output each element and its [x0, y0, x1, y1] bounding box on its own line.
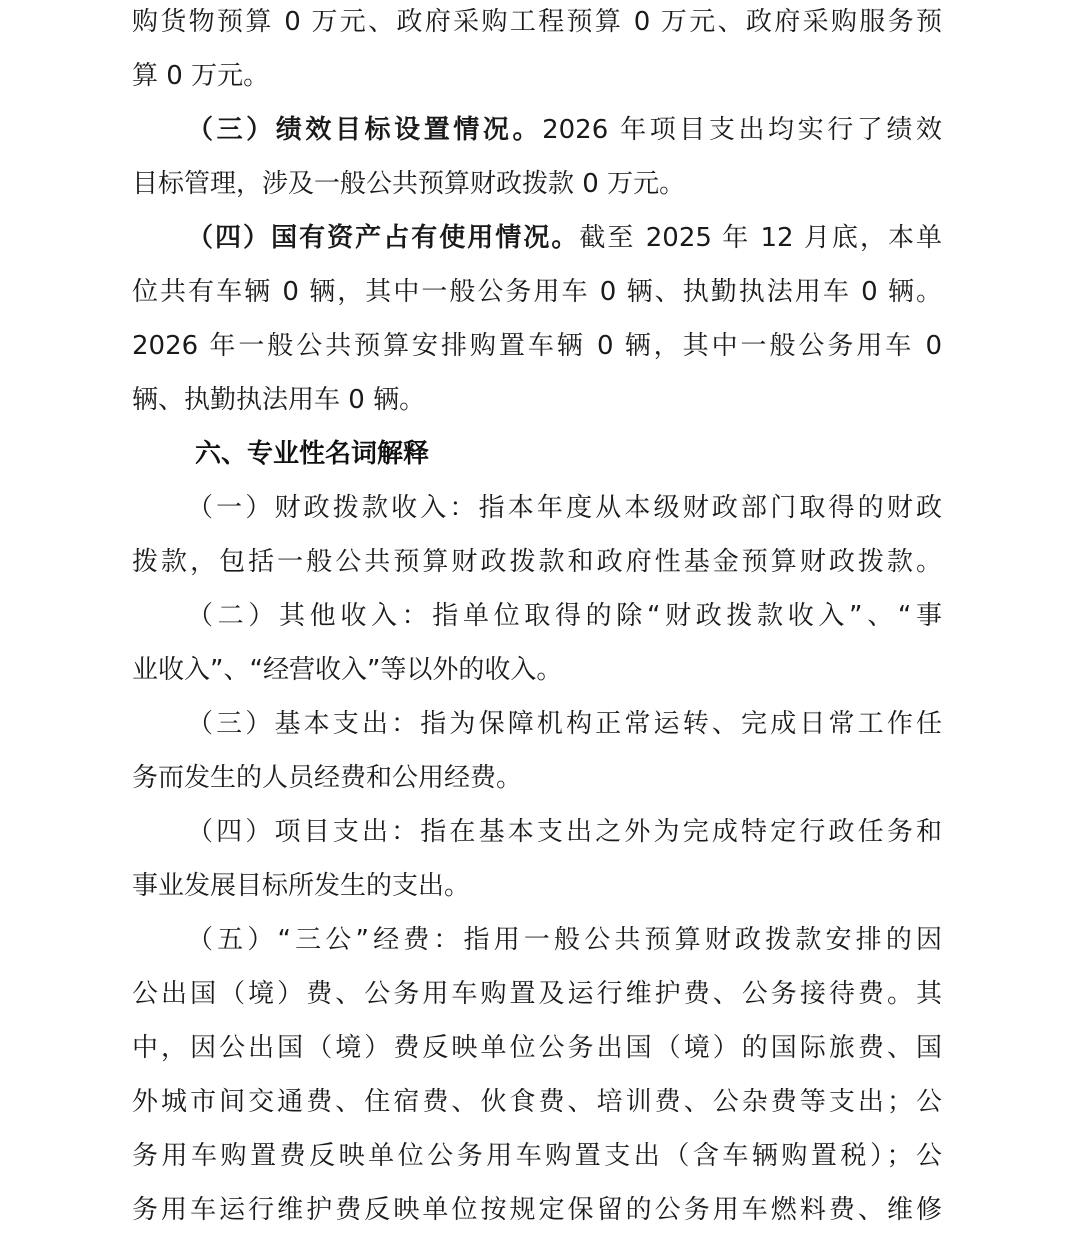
- text-line: 辆、执勤执法用车 0 辆。: [132, 380, 942, 420]
- section-heading-terms: 六、专业性名词解释: [195, 434, 1005, 474]
- term-project-expenditure: （四）项目支出：指在基本支出之外为完成特定行政任务和: [187, 812, 942, 852]
- term-basic-expenditure: （三）基本支出：指为保障机构正常运转、完成日常工作任: [187, 704, 942, 744]
- text-line: 公出国（境）费、公务用车购置及运行维护费、公务接待费。其: [132, 974, 942, 1014]
- text-line: 务用车购置费反映单位公务用车购置支出（含车辆购置税）；公: [132, 1136, 942, 1176]
- text-line: 外城市间交通费、住宿费、伙食费、培训费、公杂费等支出；公: [132, 1082, 942, 1122]
- text-line: 务而发生的人员经费和公用经费。: [132, 758, 942, 798]
- term-other-income: （二）其他收入：指单位取得的除“财政拨款收入”、“事: [187, 596, 942, 636]
- term-fiscal-appropriation: （一）财政拨款收入：指本年度从本级财政部门取得的财政: [187, 488, 942, 528]
- section-state-assets: （四）国有资产占有使用情况。截至 2025 年 12 月底，本单: [187, 218, 942, 258]
- text-line: 目标管理，涉及一般公共预算财政拨款 0 万元。: [132, 164, 942, 204]
- section-text: 2026 年项目支出均实行了绩效: [542, 115, 942, 145]
- text-line: 中，因公出国（境）费反映单位公务出国（境）的国际旅费、国: [132, 1028, 942, 1068]
- text-line: 务用车运行维护费反映单位按规定保留的公务用车燃料费、维修: [132, 1190, 942, 1230]
- text-line: 业收入”、“经营收入”等以外的收入。: [132, 650, 942, 690]
- text-line: 算 0 万元。: [132, 56, 942, 96]
- text-line: 2026 年一般公共预算安排购置车辆 0 辆，其中一般公务用车 0: [132, 326, 942, 366]
- text-line: 位共有车辆 0 辆，其中一般公务用车 0 辆、执勤执法用车 0 辆。: [132, 272, 942, 312]
- section-lead: （四）国有资产占有使用情况。: [187, 223, 579, 253]
- term-three-public-expenses: （五）“三公”经费：指用一般公共预算财政拨款安排的因: [187, 920, 942, 960]
- section-lead: （三）绩效目标设置情况。: [187, 115, 542, 145]
- document-page: 购货物预算 0 万元、政府采购工程预算 0 万元、政府采购服务预 算 0 万元。…: [0, 0, 1074, 1239]
- section-text: 截至 2025 年 12 月底，本单: [579, 223, 942, 253]
- section-performance-goals: （三）绩效目标设置情况。2026 年项目支出均实行了绩效: [187, 110, 942, 150]
- text-line: 拨款，包括一般公共预算财政拨款和政府性基金预算财政拨款。: [132, 542, 942, 582]
- text-line: 购货物预算 0 万元、政府采购工程预算 0 万元、政府采购服务预: [132, 2, 942, 42]
- text-line: 事业发展目标所发生的支出。: [132, 866, 942, 906]
